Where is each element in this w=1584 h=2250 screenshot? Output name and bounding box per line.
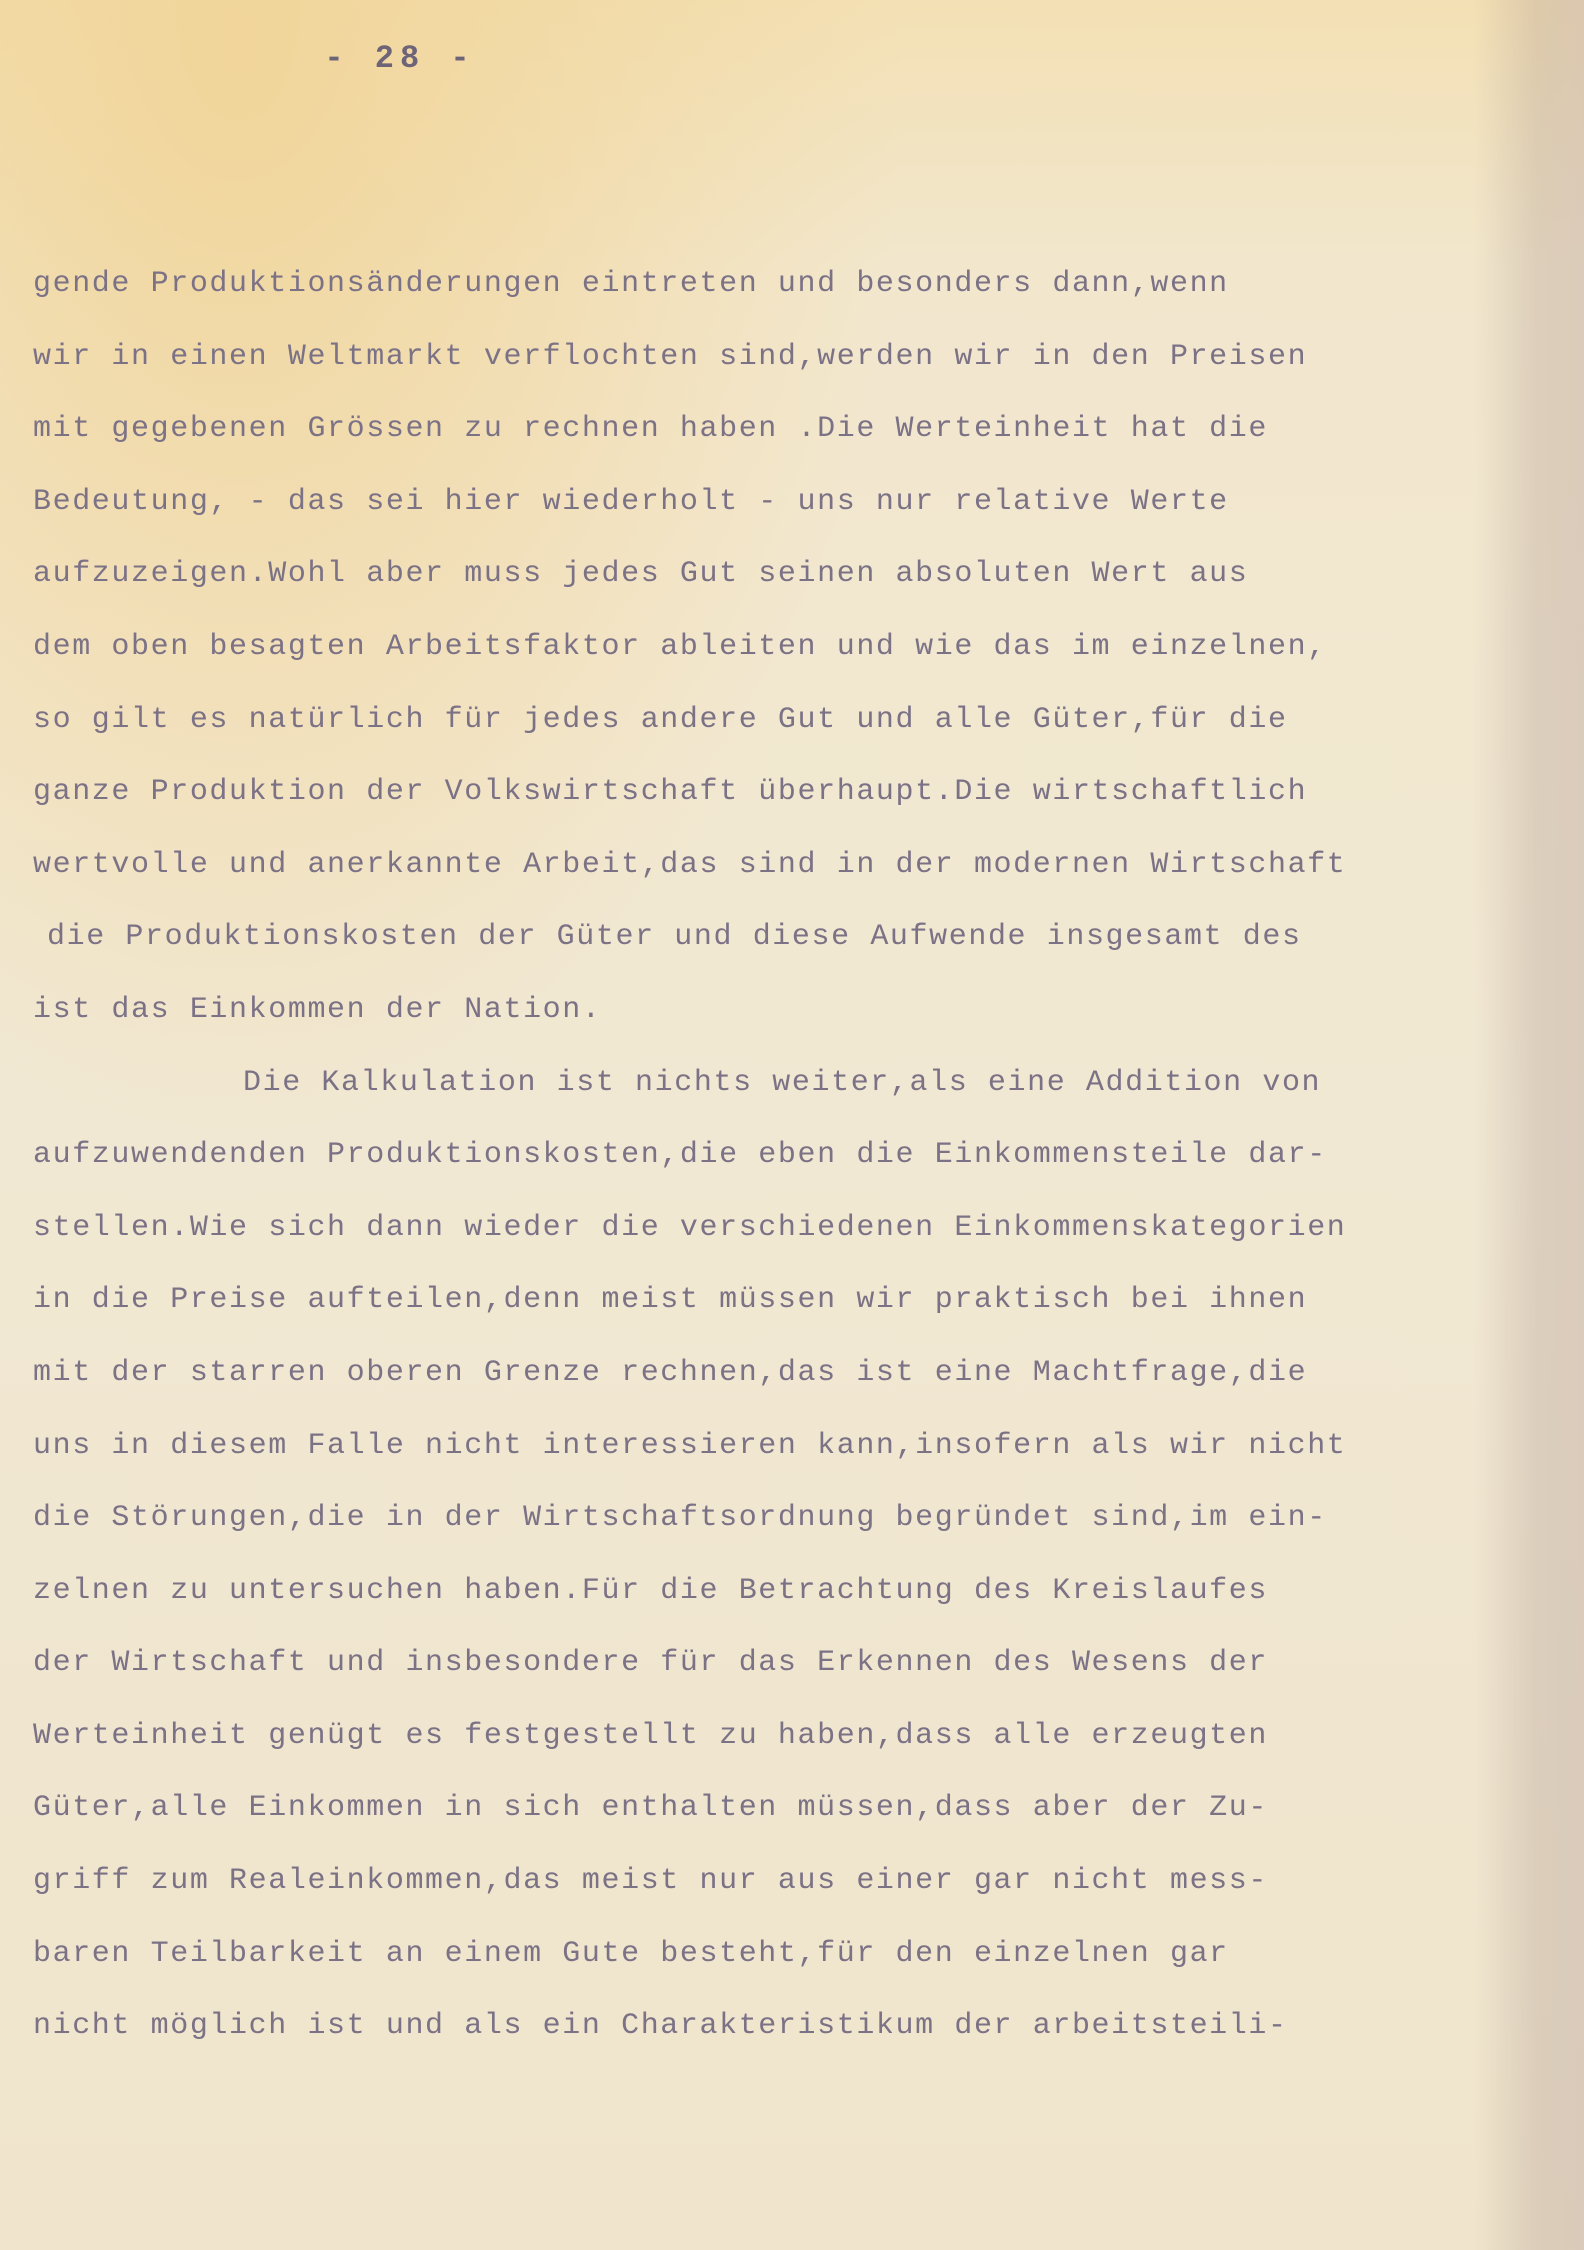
text-line: mit gegebenen Grössen zu rechnen haben .… <box>33 393 1553 466</box>
text-line: aufzuwendenden Produktionskosten,die ebe… <box>33 1119 1553 1192</box>
text-line: Güter,alle Einkommen in sich enthalten m… <box>33 1772 1553 1845</box>
paragraph-1: gende Produktionsänderungen eintreten un… <box>33 248 1553 1047</box>
paragraph-2: Die Kalkulation ist nichts weiter,als ei… <box>33 1047 1553 2063</box>
text-line: ist das Einkommen der Nation. <box>33 974 1553 1047</box>
text-line: der Wirtschaft und insbesondere für das … <box>33 1627 1553 1700</box>
text-line: ganze Produktion der Volkswirtschaft übe… <box>33 756 1553 829</box>
text-line: mit der starren oberen Grenze rechnen,da… <box>33 1337 1553 1410</box>
text-line: Die Kalkulation ist nichts weiter,als ei… <box>33 1047 1553 1120</box>
text-line: zelnen zu untersuchen haben.Für die Betr… <box>33 1555 1553 1628</box>
text-line: wir in einen Weltmarkt verflochten sind,… <box>33 321 1553 394</box>
text-line: Bedeutung, - das sei hier wiederholt - u… <box>33 466 1553 539</box>
text-line: Werteinheit genügt es festgestellt zu ha… <box>33 1700 1553 1773</box>
text-line: griff zum Realeinkommen,das meist nur au… <box>33 1845 1553 1918</box>
text-line: wertvolle und anerkannte Arbeit,das sind… <box>33 829 1553 902</box>
text-line: baren Teilbarkeit an einem Gute besteht,… <box>33 1918 1553 1991</box>
text-line: uns in diesem Falle nicht interessieren … <box>33 1410 1553 1483</box>
document-body: gende Produktionsänderungen eintreten un… <box>33 248 1553 2063</box>
text-line: dem oben besagten Arbeitsfaktor ableiten… <box>33 611 1553 684</box>
text-line: nicht möglich ist und als ein Charakteri… <box>33 1990 1553 2063</box>
text-line: aufzuzeigen.Wohl aber muss jedes Gut sei… <box>33 538 1553 611</box>
typewritten-page: - 28 - gende Produktionsänderungen eintr… <box>0 0 1584 2250</box>
page-number: - 28 - <box>300 40 500 77</box>
text-line: stellen.Wie sich dann wieder die verschi… <box>33 1192 1553 1265</box>
text-line: gende Produktionsänderungen eintreten un… <box>33 248 1553 321</box>
text-line: die Störungen,die in der Wirtschaftsordn… <box>33 1482 1553 1555</box>
text-line: die Produktionskosten der Güter und dies… <box>33 901 1553 974</box>
text-line: so gilt es natürlich für jedes andere Gu… <box>33 684 1553 757</box>
text-line: in die Preise aufteilen,denn meist müsse… <box>33 1264 1553 1337</box>
